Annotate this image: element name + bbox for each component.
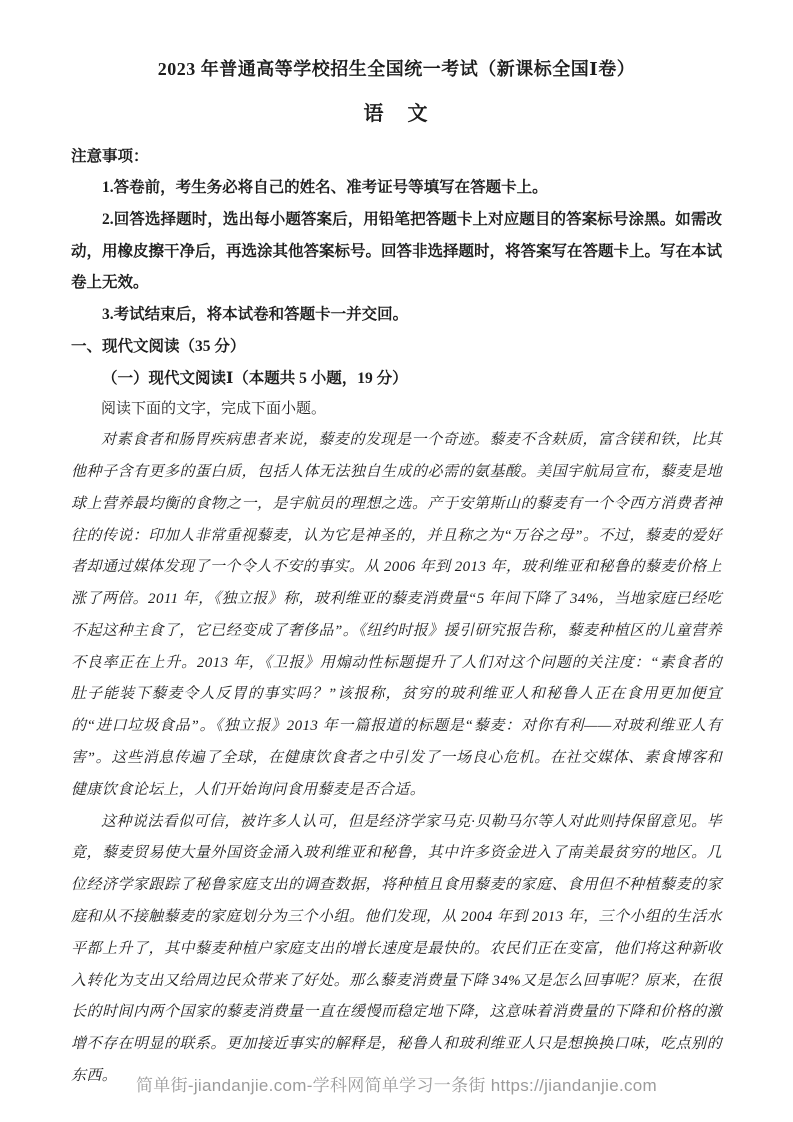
passage-paragraph-2: 这种说法看似可信，被许多人认可，但是经济学家马克·贝勒马尔等人对此则持保留意见。… bbox=[71, 807, 722, 1093]
passage-paragraph-1: 对素食者和肠胃疾病患者来说，藜麦的发现是一个奇迹。藜麦不含麸质，富含镁和铁，比其… bbox=[71, 425, 722, 807]
notice-item-2: 2.回答选择题时，选出每小题答案后，用铅笔把答题卡上对应题目的答案标号涂黑。如需… bbox=[71, 204, 722, 299]
exam-paper-page: 2023 年普通高等学校招生全国统一考试（新课标全国Ⅰ卷） 语 文 注意事项： … bbox=[0, 0, 793, 1122]
subject-title: 语 文 bbox=[71, 99, 722, 129]
page-title: 2023 年普通高等学校招生全国统一考试（新课标全国Ⅰ卷） bbox=[71, 56, 722, 83]
section-heading-modern-reading: 一、现代文阅读（35 分） bbox=[71, 331, 722, 363]
notice-heading: 注意事项： bbox=[71, 141, 722, 172]
page-content: 2023 年普通高等学校招生全国统一考试（新课标全国Ⅰ卷） 语 文 注意事项： … bbox=[0, 0, 793, 1093]
notice-item-1: 1.答卷前，考生务必将自己的姓名、准考证号等填写在答题卡上。 bbox=[71, 172, 722, 204]
reading-instruction: 阅读下面的文字，完成下面小题。 bbox=[71, 394, 722, 425]
notice-item-3: 3.考试结束后，将本试卷和答题卡一并交回。 bbox=[71, 299, 722, 331]
subsection-heading-reading-1: （一）现代文阅读Ⅰ（本题共 5 小题，19 分） bbox=[71, 363, 722, 395]
footer-watermark: 简单街-jiandanjie.com-学科网简单学习一条街 https://ji… bbox=[0, 1071, 793, 1096]
